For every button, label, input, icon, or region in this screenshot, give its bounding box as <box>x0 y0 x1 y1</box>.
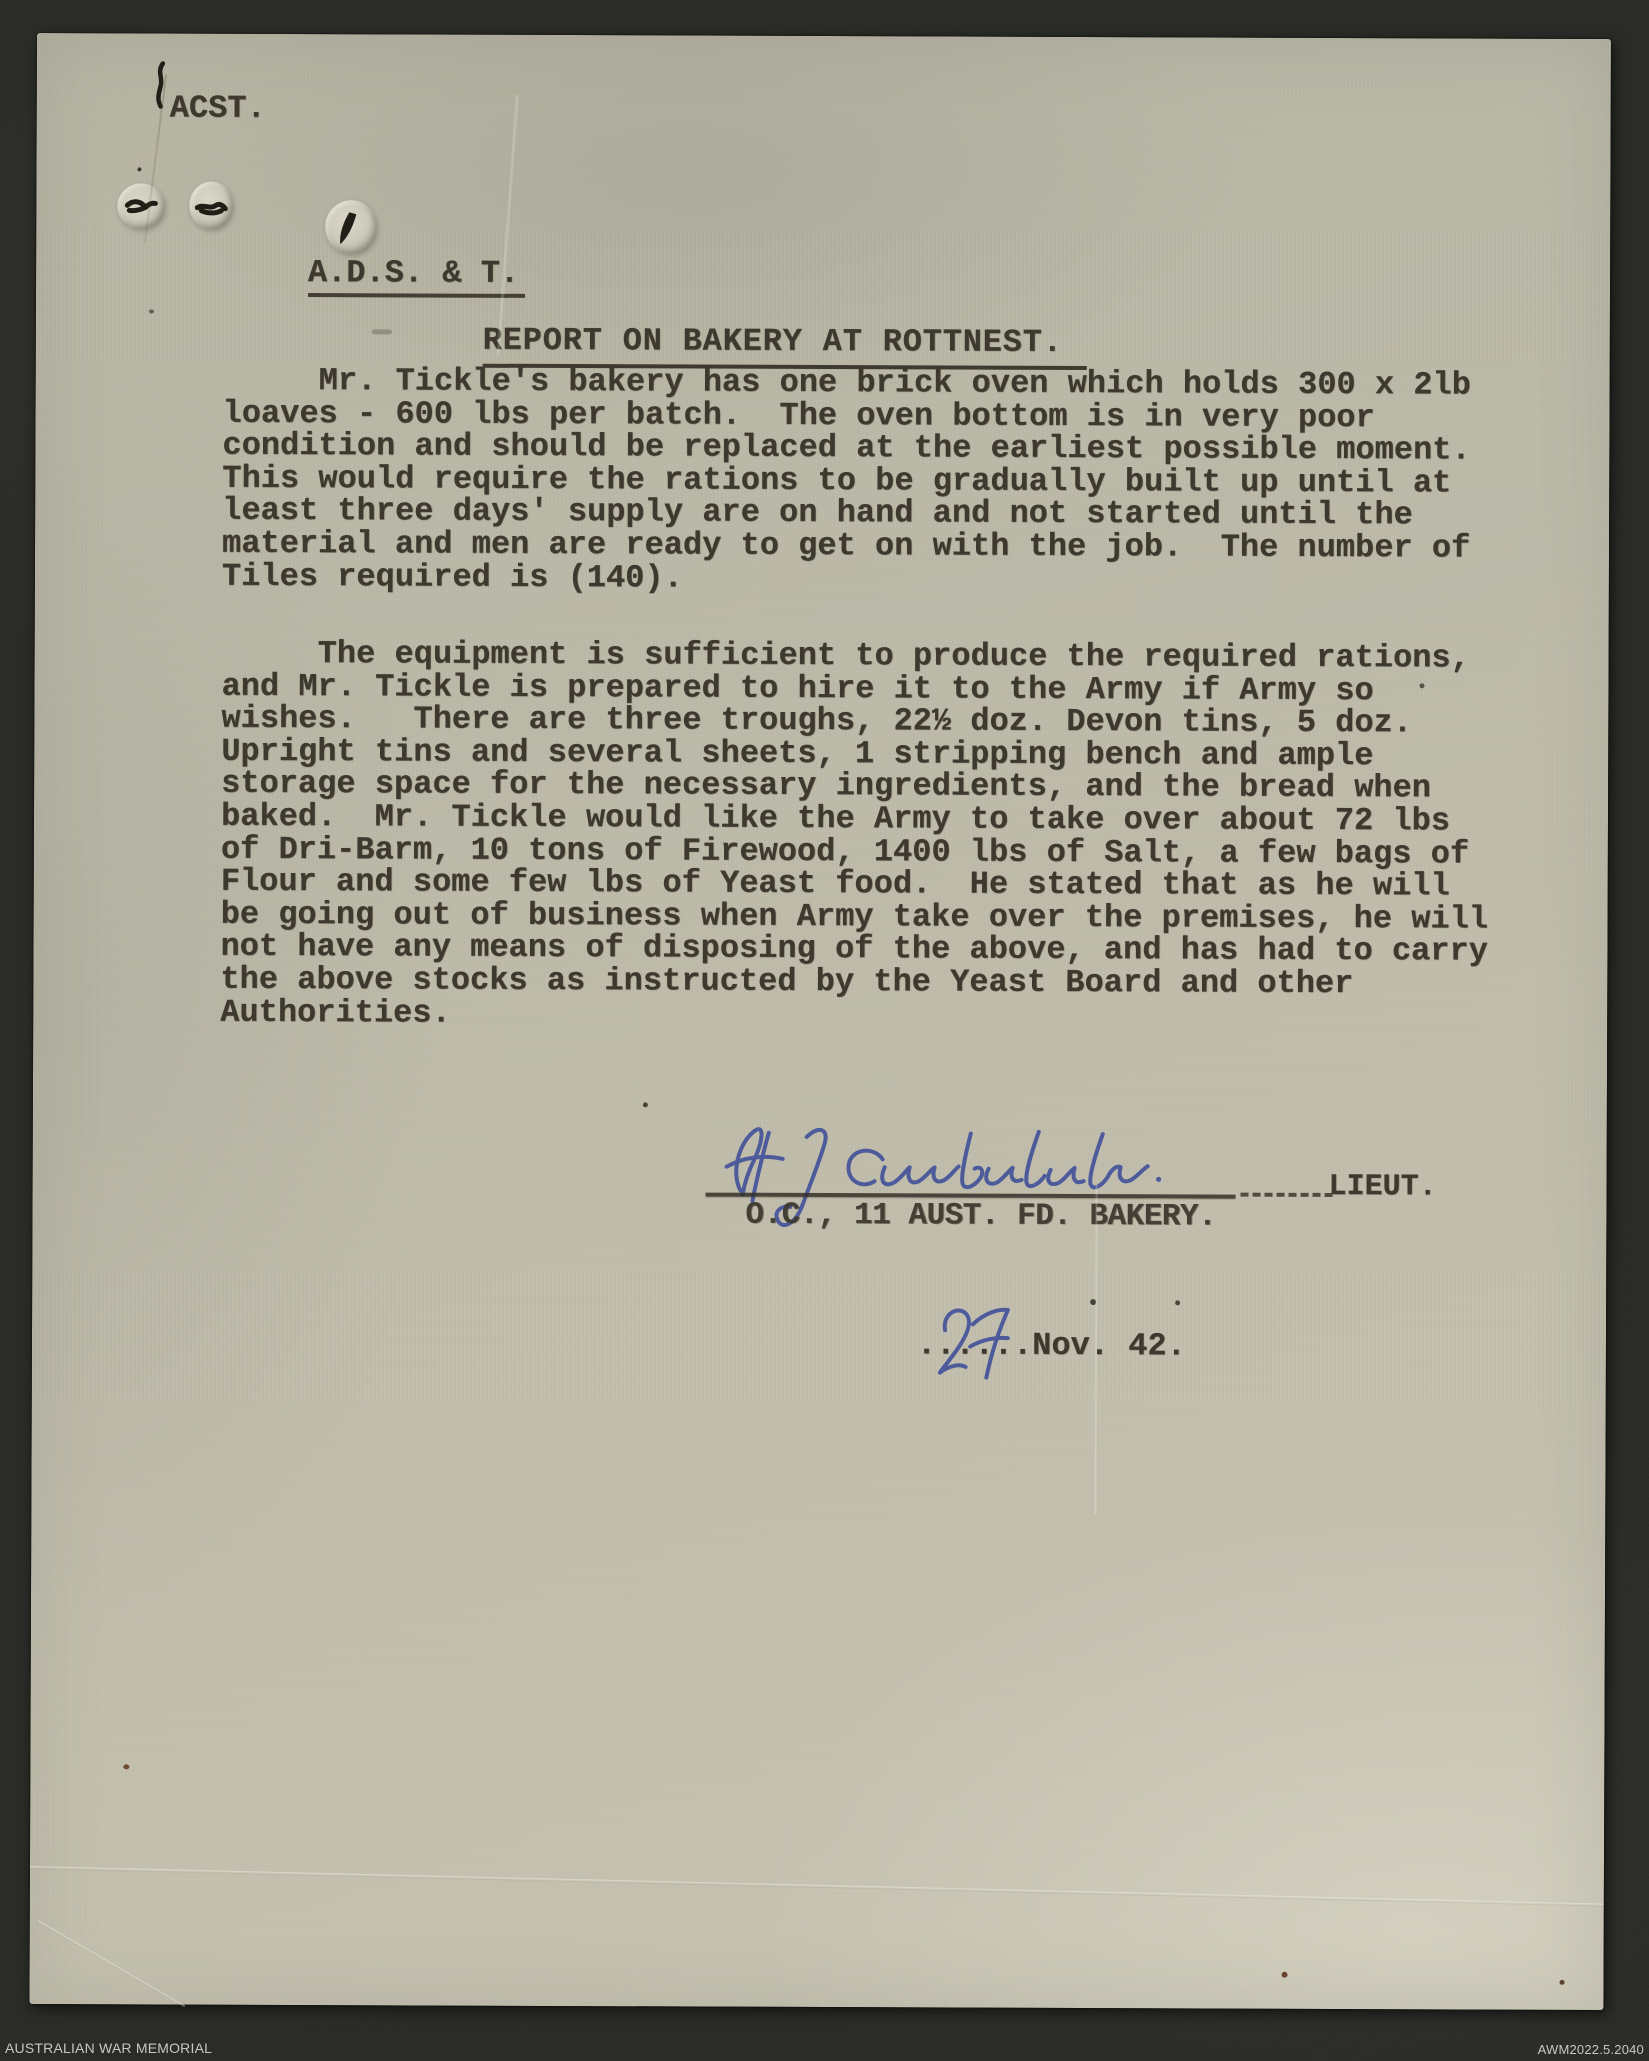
signature-rank: LIEUT. <box>1329 1171 1437 1204</box>
typed-line: Tiles required is (140). <box>222 560 1470 597</box>
paragraph-2: The equipment is sufficient to produce t… <box>220 638 1489 1034</box>
ink-speck <box>1419 683 1424 688</box>
rust-speck <box>1560 1980 1565 1985</box>
date-handwritten-day <box>917 1291 1023 1393</box>
rust-speck <box>1282 1972 1288 1978</box>
scanned-document-page: { "colors": { "scan_background": "#2a2b2… <box>0 0 1649 2061</box>
paper-speck <box>149 309 154 313</box>
paper-crease-diagonal <box>37 1920 185 2007</box>
paper-hole <box>325 200 377 254</box>
corner-reference: ACST. <box>170 93 266 126</box>
document-paper: ACST. A.D.S. & T. REPORT ON BAKERY AT RO… <box>29 33 1611 2010</box>
rust-speck <box>123 1764 129 1769</box>
archive-item-id-caption: AWM2022.5.2040 <box>1538 2042 1644 2057</box>
paragraph-1: Mr. Tickle's bakery has one brick oven w… <box>222 365 1471 598</box>
signature-rule-dashes <box>1241 1193 1333 1197</box>
paper-crease-horizontal <box>30 1866 1604 1907</box>
paper-hole <box>189 182 233 230</box>
typed-line: Authorities. <box>220 996 1488 1033</box>
paper-hole <box>117 183 165 229</box>
signature-unit: O.C., 11 AUST. FD. BAKERY. <box>745 1200 1216 1234</box>
paper-speck <box>137 167 141 171</box>
paper-speck <box>643 1102 648 1107</box>
pencil-mark <box>372 329 392 334</box>
ink-speck <box>1175 1300 1180 1305</box>
archive-name-caption: AUSTRALIAN WAR MEMORIAL <box>5 2040 212 2056</box>
